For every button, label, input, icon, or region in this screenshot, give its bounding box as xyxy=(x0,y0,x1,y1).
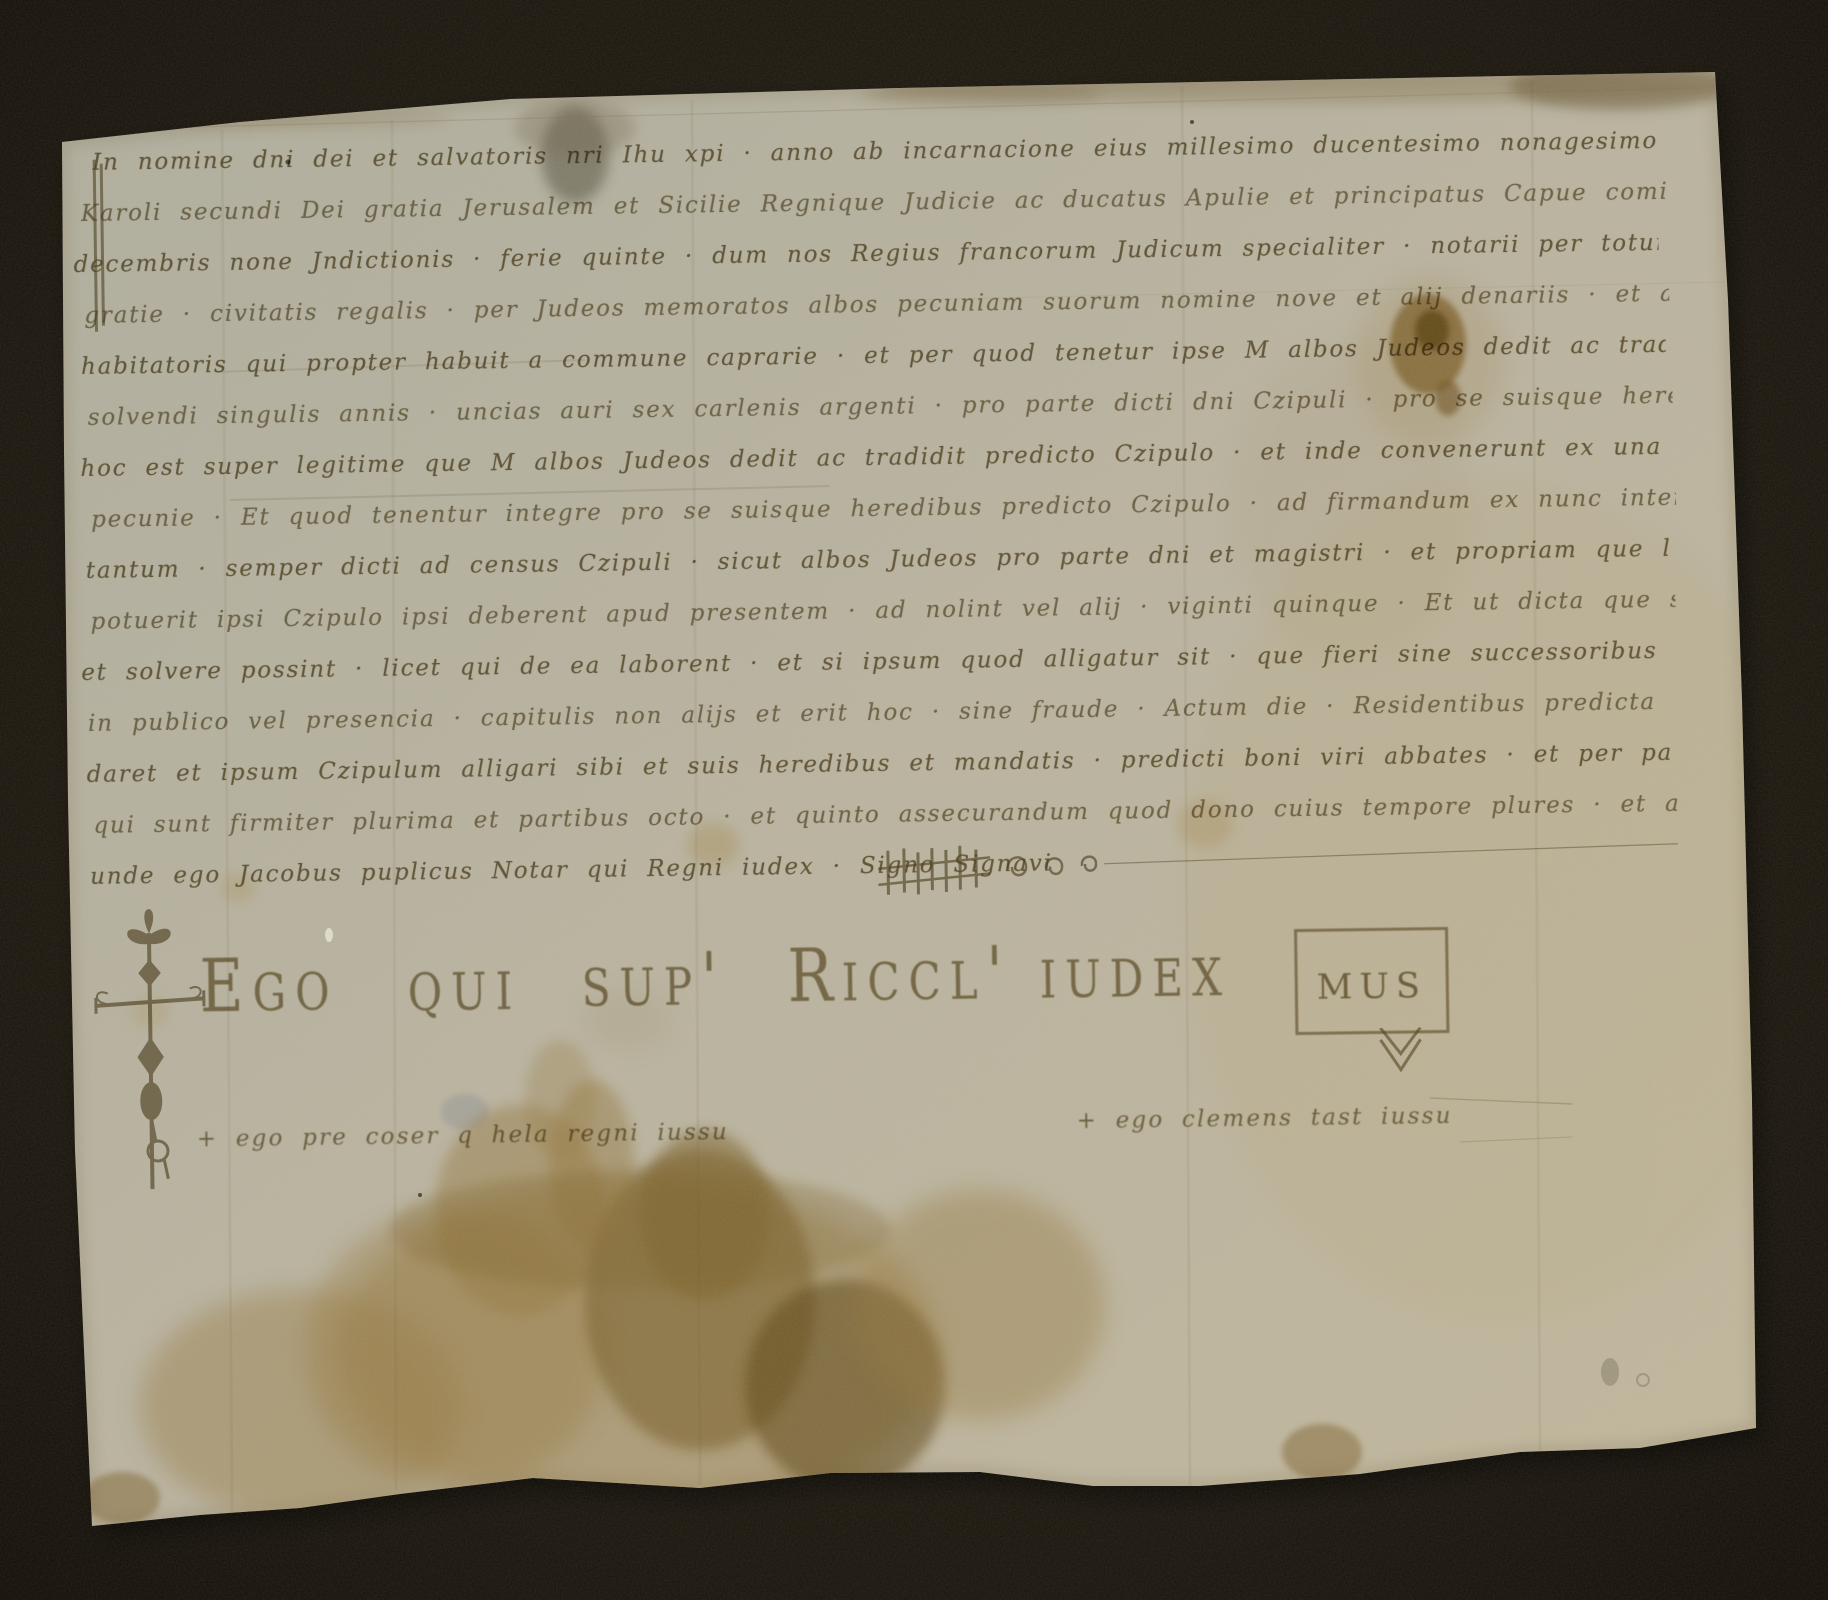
subscription-word-riccardus: Riccl' xyxy=(787,937,1012,1013)
body-line: et solvere possint · licet qui de ea lab… xyxy=(81,638,1666,686)
subscription-word-qui: qui xyxy=(407,948,521,1023)
body-line: tantum · semper dicti ad census Czipuli … xyxy=(86,536,1671,584)
end-flourish-icon xyxy=(878,828,1689,909)
body-line: decembris none Jndictionis · ferie quint… xyxy=(73,230,1658,278)
signature-left: + ego pre coser q hela regni iussu xyxy=(197,1119,730,1152)
manuscript-text-layer: In nomine dni dei et salvatoris nri Ihu … xyxy=(78,128,1697,1530)
charter-photograph: In nomine dni dei et salvatoris nri Ihu … xyxy=(0,0,1828,1600)
fleur-de-lis-staff-icon xyxy=(76,888,231,1240)
body-line: daret et ipsum Czipulum alligari sibi et… xyxy=(87,740,1672,788)
body-line: gratie · civitatis regalis · per Judeos … xyxy=(84,281,1669,329)
subscription-word-iudex: iudex xyxy=(1039,934,1231,1010)
subscription-word-supra: sup' xyxy=(581,943,727,1018)
initial-i-strokes xyxy=(86,156,113,336)
body-line: in publico vel presencia · capitulis non… xyxy=(88,689,1673,737)
body-line: pecunie · Et quod tenentur integre pro s… xyxy=(91,485,1676,533)
body-line: Karoli secundi Dei gratia Jerusalem et S… xyxy=(81,179,1666,227)
monogram-letters: mus xyxy=(1316,951,1427,1011)
body-line: hoc est super legitime que M albos Judeo… xyxy=(80,434,1665,482)
body-line: solvendi singulis annis · uncias auri se… xyxy=(88,383,1673,431)
monogram-box: mus xyxy=(1294,927,1449,1035)
monogram-pendant-icon xyxy=(1330,1026,1531,1089)
signature-right: + ego clemens tast iussu xyxy=(1076,1103,1452,1134)
monogram-cross-icon xyxy=(1340,875,1411,932)
body-line: potuerit ipsi Czipulo ipsi deberent apud… xyxy=(90,587,1675,635)
body-line: habitatoris qui propter habuit a commune… xyxy=(81,332,1666,380)
